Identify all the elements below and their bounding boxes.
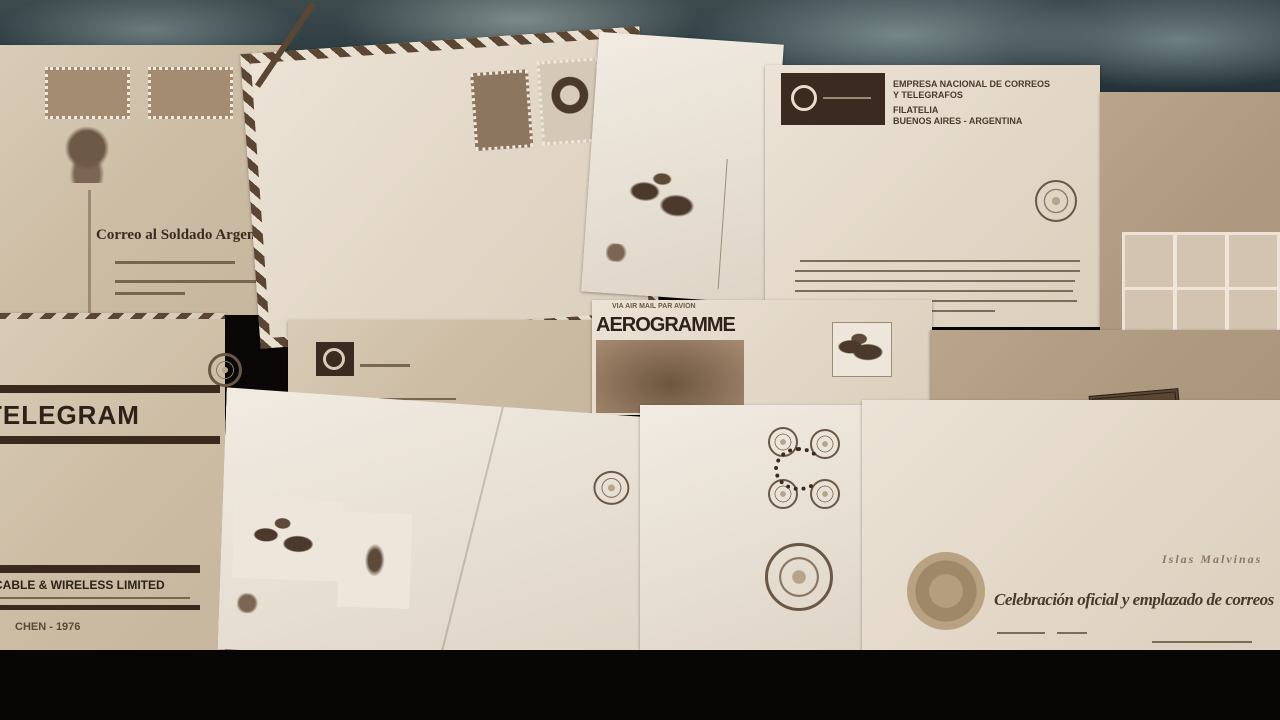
commemorative-heading: Islas Malvinas [1162,552,1262,567]
fold-crease [440,400,505,655]
aerogramme-subheading: VIA AIR MAIL PAR AVION [612,303,696,310]
logo-text-line [823,97,871,99]
encotel-logo-small [237,593,278,614]
sender-line-3: FILATELIA [893,105,938,115]
address-line [115,292,185,295]
round-postmark [765,543,833,611]
body-text-line [795,280,1075,282]
stamp-block [1122,232,1280,342]
stamp-cluster [768,427,848,517]
malvinas-commemorative-envelope: Islas Malvinas Celebración oficial y emp… [862,400,1280,662]
heading-bar-top [0,385,220,393]
postmark-circle [208,353,242,387]
body-text-line [795,290,1073,292]
aerogramme-heading: AEROGRAMME [596,314,735,337]
coat-of-arms-icon [52,125,122,183]
aerogramme-photo [596,340,744,413]
address-line [115,261,235,264]
logo-label [360,364,410,367]
footer-bar-bottom [0,605,200,610]
telegram-envelope: TELEGRAM CABLE & WIRELESS LIMITED CHEN -… [0,313,225,663]
encotel-logo-icon [791,85,817,111]
map-postcard [581,32,784,304]
sender-line-2: Y TELEGRAFOS [893,90,963,100]
sender-line-1: EMPRESA NACIONAL DE CORREOS [893,79,1050,89]
postmarked-envelope [640,405,868,663]
encotel-logo-box [316,342,354,376]
airmail-stripe [0,313,225,319]
encotel-logo-icon [323,348,345,370]
body-text-line [800,260,1080,262]
encotel-official-envelope: EMPRESA NACIONAL DE CORREOS Y TELEGRAFOS… [765,65,1100,327]
stamp-church [470,69,533,151]
cancellation-mark [774,447,824,491]
divider-line [88,190,91,315]
crumpled-white-envelope [218,387,667,664]
encotel-logo-small [605,243,646,264]
aerogramme-stamp-map [832,322,892,377]
detail-line [997,632,1045,634]
small-postmark [593,470,630,505]
stamp-building-1 [45,67,130,119]
falklands-map-stamp-1 [232,498,343,582]
footer-bar-top [0,565,200,573]
gold-seal [907,552,985,630]
stamp-building-2 [148,67,233,119]
detail-line [1152,641,1252,643]
dark-foreground [0,650,1280,720]
postmark-seal [1035,180,1077,222]
aerogramme-envelope: VIA AIR MAIL PAR AVION AEROGRAMME [592,300,932,415]
commemorative-script: Celebración oficial y emplazado de corre… [994,590,1274,610]
envelope-heading: Correo al Soldado Argentino [96,227,276,244]
telegram-heading: TELEGRAM [0,400,140,431]
tan-envelope-stamp-block [1100,92,1280,354]
heading-bar-bottom [0,436,220,444]
falklands-map-drawing [603,153,718,240]
encotel-logo-box [781,73,885,125]
company-subline [0,597,190,599]
detail-line [1057,632,1087,634]
sender-line-4: BUENOS AIRES - ARGENTINA [893,116,1022,126]
address-line [115,280,265,283]
telegram-footer: CHEN - 1976 [15,621,80,633]
falklands-map-stamp-2 [337,511,412,608]
body-text-line [795,270,1080,272]
divider-line [718,159,728,289]
telegram-company: CABLE & WIRELESS LIMITED [0,578,165,592]
